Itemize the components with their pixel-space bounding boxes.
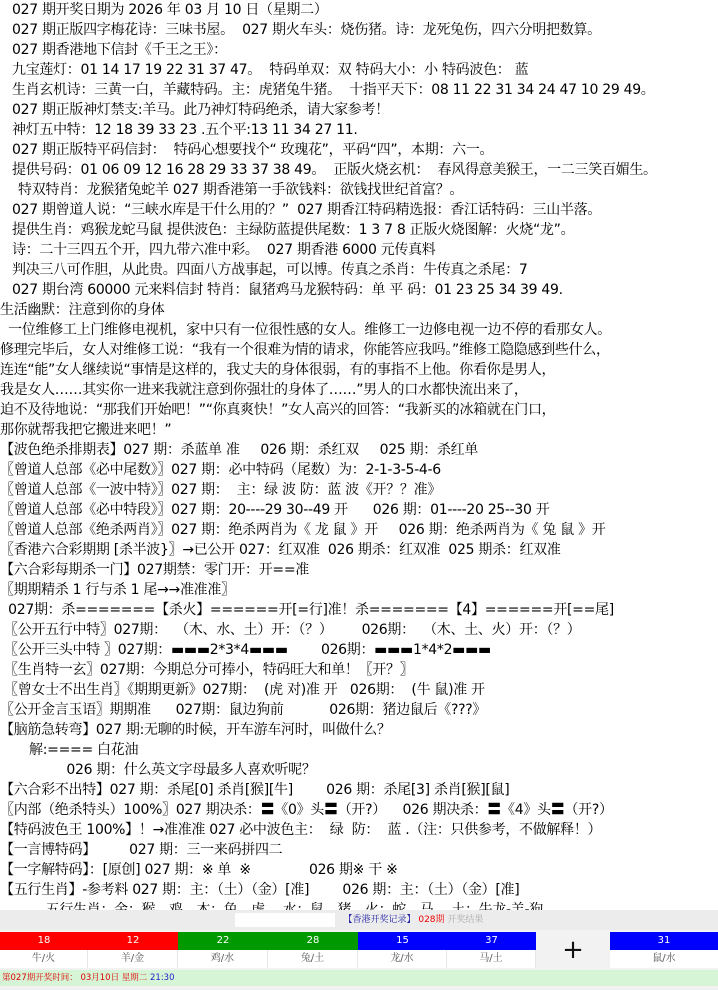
ball-number: 22 xyxy=(178,932,268,950)
text-line: 判决三八可作胆，从此贵。四面八方战事起，可以博。传真之杀肖：牛传真之杀尾：7 xyxy=(12,260,528,280)
ball-number: 18 xyxy=(0,932,88,950)
text-line: 我是女人……其实你一进来我就注意到你强壮的身体了……”男人的口水都快流出来了， xyxy=(0,380,528,400)
header-blank-box xyxy=(235,913,335,927)
text-line: 027 期正版特平码信封： 特码心想要找个“ 玫瑰花”，平码“四”，本期：六一。 xyxy=(12,140,493,160)
text-line: 生活幽默：注意到你的身体 xyxy=(0,300,164,320)
ball-number: 37 xyxy=(447,932,536,950)
text-line: 修理完毕后，女人对维修工说：“我有一个很难为情的请求，你能答应我吗。”维修工隐隐… xyxy=(0,340,610,360)
text-line: 027 期开奖日期为 2026 年 03 月 10 日（星期二） xyxy=(12,0,328,20)
text-line: 诗：二十三四五个开，四九带六准中彩。 027 期香港 6000 元传真料 xyxy=(12,240,436,260)
text-line: 〖公开五行中特〗027期： （木、水、土）开：（？） 026期： （木、土、火）… xyxy=(4,620,581,640)
special-ball-label: 鼠/水 xyxy=(610,950,718,968)
text-line: 〖内部（绝杀特头）100%〗027 期决杀：〓《0》头〓（开?） 026 期决杀… xyxy=(0,800,613,820)
text-line: 迫不及待地说：“那我们开始吧！”“你真爽快！”女人高兴的回答：“我新买的冰箱就在… xyxy=(0,400,555,420)
text-line: 〖香港六合彩期期 [杀半波}〗→已公开 027：红双准 026 期杀：红双准 0… xyxy=(0,540,561,560)
text-line: 一位维修工上门维修电视机，家中只有一位很性感的女人。维修工一边修电视一边不停的看… xyxy=(4,320,611,340)
ball-label: 龙/水 xyxy=(358,950,447,968)
ball-5: 15 龙/水 xyxy=(358,932,447,968)
ball-label: 羊/金 xyxy=(88,950,178,968)
text-line: 〖曾道人总部《必中尾数》〗027 期：必中特码（尾数）为：2-1-3-5-4-6 xyxy=(0,460,441,480)
text-line: 〖曾道人总部《一波中特》〗027 期： 主：绿 波 防：蓝 波《开？？准》 xyxy=(0,480,441,500)
text-line: 神灯五中特：12 18 39 33 23 .五个平:13 11 34 27 11… xyxy=(12,120,358,140)
draw-time: 21:30 xyxy=(150,973,175,983)
text-line: 027 期香港地下信封《千王之王》： xyxy=(12,40,227,60)
text-line: 连连“能”女人继续说“事情是这样的，我丈夫的身体很弱，有的事指不上他。你看你是男… xyxy=(0,360,555,380)
lottery-header: 【香港开奖记录】 028期 开奖结果 xyxy=(0,910,718,930)
ball-3: 22 鸡/水 xyxy=(178,932,268,968)
special-ball-number: 31 xyxy=(610,932,718,950)
draw-period-text: 第027期开奖时间： xyxy=(2,973,78,983)
text-line: 027 期曾道人说：“三峡水库是干什么用的？” 027 期香江特码精选报：香江话… xyxy=(12,200,601,220)
text-line: 027期：杀=======【杀火】======开[=行]准！杀=======【4… xyxy=(4,600,614,620)
text-line: 〖期期精杀 1 行与杀 1 尾→→准准准〗 xyxy=(0,580,235,600)
text-line: 〖生肖特一玄〗027期：今期总分可捧小，特码旺大和单！〖开？〗 xyxy=(4,660,413,680)
ball-number: 15 xyxy=(358,932,447,950)
ball-label: 牛/火 xyxy=(0,950,88,968)
lottery-title-link[interactable]: 【香港开奖记录】 xyxy=(343,915,415,925)
text-line: 〖曾道人总部《必中特段》〗027 期：20----29 30--49 开 026… xyxy=(0,500,549,520)
text-line: 027 期台湾 60000 元来料信封 特肖：鼠猪鸡马龙猴特码：单 平 码：01… xyxy=(12,280,563,300)
ball-1: 18 牛/火 xyxy=(0,932,88,968)
text-line: 027 期正版四字梅花诗：三味书屋。 027 期火车头：烧伤猪。诗：龙死兔伤，四… xyxy=(12,20,601,40)
ball-label: 马/土 xyxy=(447,950,536,968)
ball-label: 兔/土 xyxy=(268,950,358,968)
ball-2: 12 羊/金 xyxy=(88,932,178,968)
text-line: 那你就帮我把它搬进来吧！” xyxy=(0,420,171,440)
text-line: 〖曾道人总部《绝杀两肖》〗027 期：绝杀两肖为《 龙 鼠 》开 026 期：绝… xyxy=(0,520,606,540)
text-line: 【一字解特码】：[原创] 027 期：※ 单 ※ 026 期※ 干 ※ xyxy=(0,860,398,880)
text-line: 【六合彩不出特】027 期：杀尾[0] 杀肖[猴][牛] 026 期：杀尾[3]… xyxy=(0,780,509,800)
plus-icon: + xyxy=(536,932,610,968)
text-line: 【五行生肖】-参考料 027 期：主：（土）（金）[准] 026 期：主：（土）… xyxy=(0,880,519,900)
text-line: 【脑筋急转弯】027 期:无聊的时候，开车游车河时，叫做什么？ xyxy=(0,720,391,740)
text-line: 026 期：什么英文字母最多人喜欢听呢？ xyxy=(0,760,316,780)
text-line: 提供生肖：鸡猴龙蛇马鼠 提供波色：主绿防蓝提供尾数：1 3 7 8 正版火烧图解… xyxy=(12,220,574,240)
ball-6: 37 马/土 xyxy=(447,932,536,968)
text-line: 九宝莲灯：01 14 17 19 22 31 37 47。 特码单双：双 特码大… xyxy=(12,60,528,80)
text-line: 027 期正版神灯禁支:羊马。此乃神灯特码绝杀，请大家参考！ xyxy=(12,100,389,120)
lottery-results-panel: 【香港开奖记录】 028期 开奖结果 18 牛/火 12 羊/金 22 鸡/水 … xyxy=(0,910,718,990)
ball-4: 28 兔/土 xyxy=(268,932,358,968)
text-line: 【六合彩每期杀一门】027期禁：零门开：开==准 xyxy=(0,560,309,580)
draw-time-bar: 第027期开奖时间： 03月10日 星期二 21:30 xyxy=(0,970,718,986)
draw-weekday: 星期二 xyxy=(122,973,148,983)
ball-label: 鸡/水 xyxy=(178,950,268,968)
lottery-period: 028期 xyxy=(418,915,444,925)
text-line: 【特码波色王 100%】！→准准准 027 必中波色主： 绿 防： 蓝 .（注：… xyxy=(0,820,601,840)
text-line: 提供号码：01 06 09 12 16 28 29 33 37 38 49。 正… xyxy=(12,160,657,180)
ball-number: 28 xyxy=(268,932,358,950)
ball-number: 12 xyxy=(88,932,178,950)
text-line: 〖公开三头中特 〗027期：▬▬▬2*3*4▬▬▬ 026期：▬▬▬1*4*2▬… xyxy=(4,640,491,660)
lottery-result-label: 开奖结果 xyxy=(447,915,483,925)
text-line: 〖曾女士不出生肖〗《期期更新》027期： (虎 对)准 开 026期： (牛 鼠… xyxy=(4,680,485,700)
text-line: 解:==== 白花油 xyxy=(0,740,138,760)
text-line: 【波色绝杀排期表】027 期：杀蓝单 准 026 期：杀红双 025 期：杀红单 xyxy=(0,440,478,460)
ball-row: 18 牛/火 12 羊/金 22 鸡/水 28 兔/土 15 龙/水 37 马/… xyxy=(0,932,718,968)
text-line: 【一言博特码】 027 期：三一来码拼四二 xyxy=(0,840,282,860)
special-ball: 31 鼠/水 xyxy=(610,932,718,968)
draw-date: 03月10日 xyxy=(80,973,119,983)
text-line: 特双特肖：龙猴猪兔蛇羊 027 期香港第一手欲钱料：欲钱找世纪首富？。 xyxy=(18,180,463,200)
text-line: 生肖玄机诗：三黄一白，羊藏特码。主：虎猪兔牛猪。 十指平天下：08 11 22 … xyxy=(12,80,655,100)
text-line: 〖公开金言玉语〗期期准 027期：鼠边狗前 026期：猪边鼠后《???》 xyxy=(0,700,486,720)
